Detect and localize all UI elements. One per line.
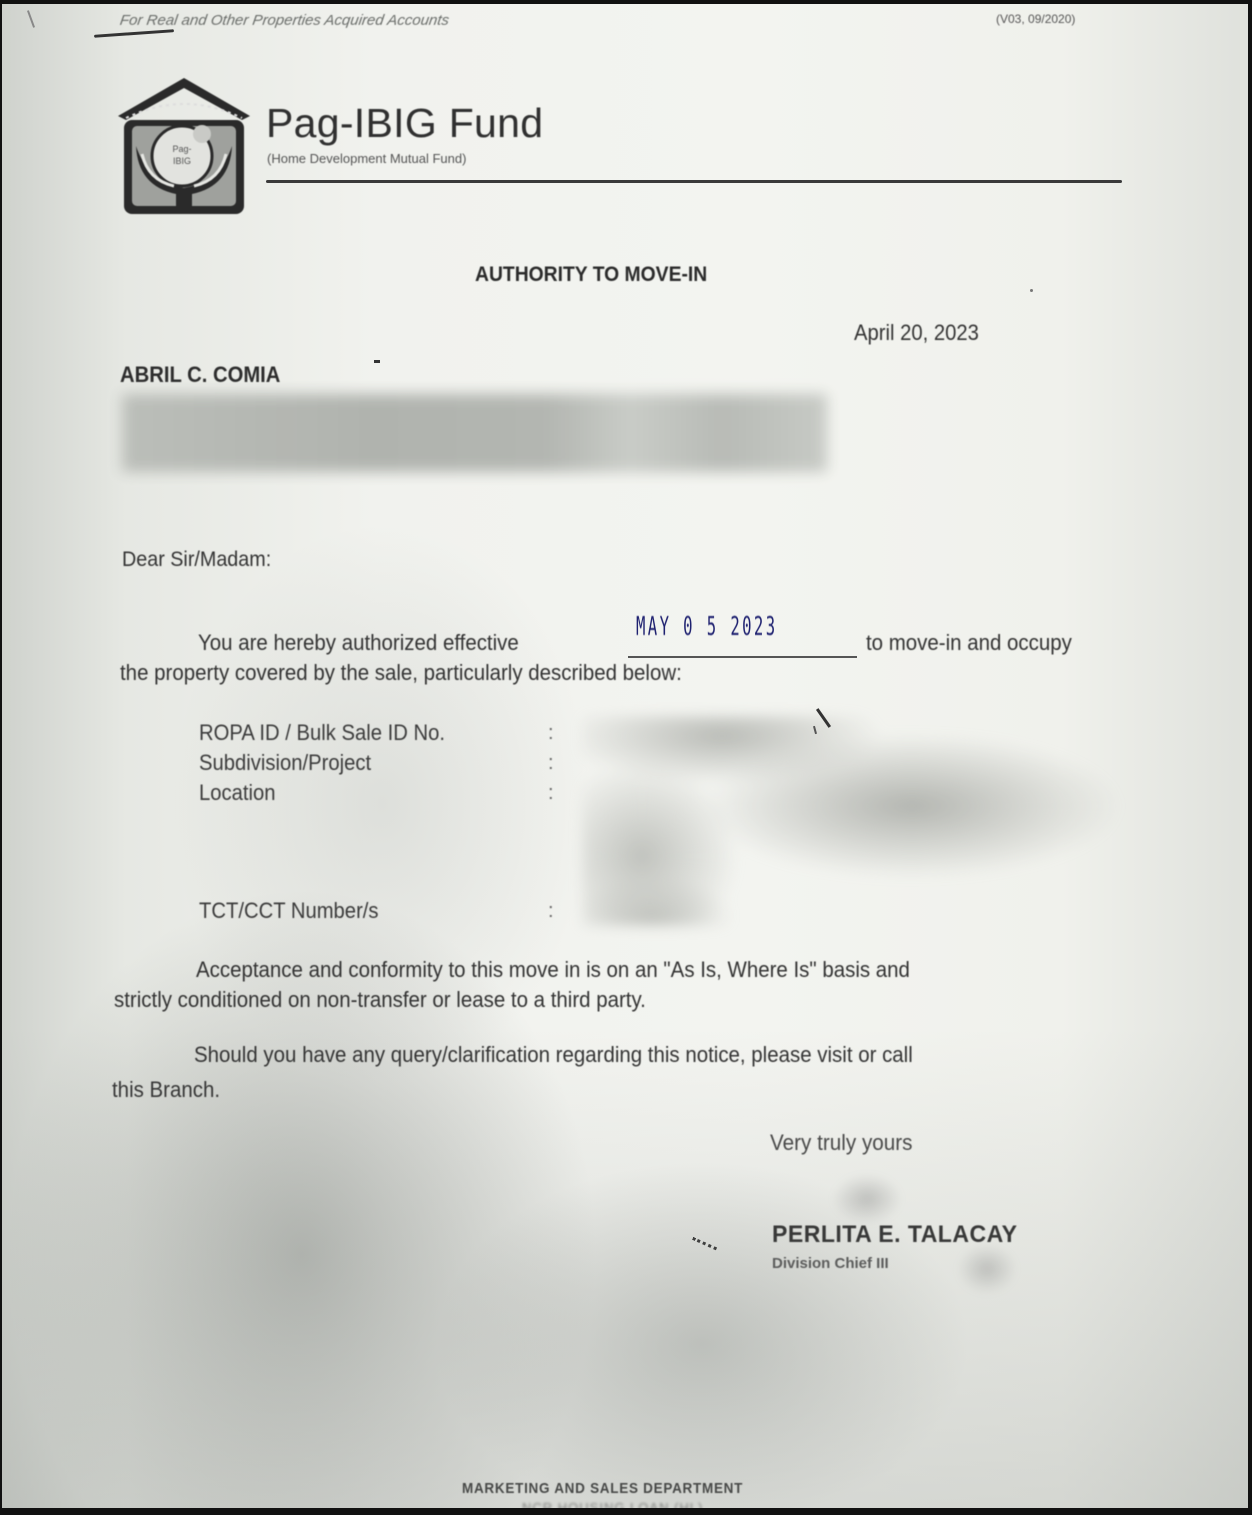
letter-date: April 20, 2023 [854, 320, 979, 346]
effective-date-blank-line [628, 656, 857, 658]
field-separator: : [548, 900, 554, 923]
field-label-subdivision: Subdivision/Project [199, 750, 371, 776]
photo-edge-band [0, 1508, 1252, 1515]
paragraph2-line2: strictly conditioned on non-transfer or … [114, 987, 646, 1013]
footer-department: MARKETING AND SALES DEPARTMENT [462, 1480, 743, 1497]
document-title: AUTHORITY TO MOVE-IN [475, 263, 707, 287]
footer-subtitle: NCR HOUSING LOAN (HL) [522, 1500, 703, 1508]
paragraph3-line1: Should you have any query/clarification … [194, 1042, 913, 1068]
field-label-ropa-id: ROPA ID / Bulk Sale ID No. [199, 720, 445, 746]
field-separator: : [548, 782, 554, 805]
addressee-name: ABRIL C. COMIA [120, 362, 280, 388]
signature-smudge [957, 1244, 1017, 1294]
speck-mark [1030, 289, 1033, 292]
paragraph1-part1: You are hereby authorized effective [198, 630, 519, 656]
pen-dash-mark [691, 1237, 717, 1253]
redacted-property-values [582, 716, 1122, 926]
organization-name: Pag-IBIG Fund [266, 100, 543, 147]
pen-underline-mark [94, 29, 174, 38]
paragraph2-line1: Acceptance and conformity to this move i… [196, 957, 910, 983]
field-label-location: Location [199, 780, 276, 806]
svg-text:IBIG: IBIG [173, 156, 191, 166]
form-usage-note: For Real and Other Properties Acquired A… [119, 12, 450, 29]
redacted-address-block [122, 394, 827, 472]
field-separator: : [548, 722, 554, 745]
closing: Very truly yours [770, 1130, 913, 1156]
signature-smudge [832, 1174, 902, 1224]
pag-ibig-logo-icon: Pag- IBIG [116, 76, 252, 218]
scanned-letter-page: For Real and Other Properties Acquired A… [2, 4, 1248, 1508]
paragraph3-line2: this Branch. [112, 1077, 220, 1103]
salutation: Dear Sir/Madam: [122, 548, 271, 572]
paragraph1-part2: to move-in and occupy [866, 630, 1072, 656]
field-separator: : [548, 752, 554, 775]
pen-tick-mark [27, 10, 35, 28]
field-label-tct-cct: TCT/CCT Number/s [199, 898, 379, 924]
effective-date-stamp: MAY 0 5 2023 [636, 612, 778, 642]
signatory-position: Division Chief III [772, 1255, 889, 1272]
organization-subtitle: (Home Development Mutual Fund) [267, 151, 466, 166]
svg-text:Pag-: Pag- [172, 144, 191, 154]
signatory-name: PERLITA E. TALACAY [772, 1221, 1017, 1249]
header-divider [266, 180, 1122, 183]
paragraph1-line2: the property covered by the sale, partic… [120, 660, 682, 686]
speck-mark [374, 360, 380, 363]
form-version-code: (V03, 09/2020) [996, 12, 1075, 26]
